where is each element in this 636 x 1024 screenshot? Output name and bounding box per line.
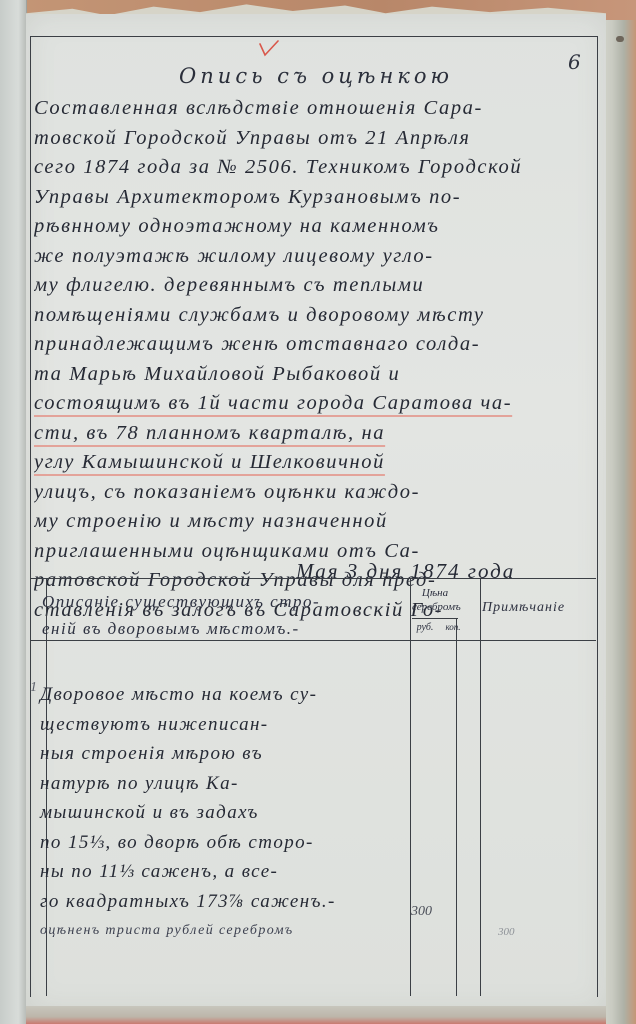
header-description-line: еній въ дворовымъ мѣстомъ.- [42, 615, 412, 642]
rub-kop-rule [456, 618, 457, 996]
price-column-rule [480, 578, 481, 996]
page-number: 6 [568, 50, 581, 74]
description-line: ны по 11⅓ саженъ, а все- [40, 857, 410, 887]
description-line: мышинской и въ задахъ [40, 798, 410, 828]
body-line: рѣвнному одноэтажному на каменномъ [34, 212, 592, 242]
row-note: 300 [498, 926, 515, 938]
body-line: Составленная вслѣдствіе отношенія Сара- [34, 94, 592, 124]
table-top-rule [30, 578, 596, 579]
row-value-rub: 300 [411, 904, 432, 920]
body-line-underlined: углу Камышинской и Шелковичной [34, 448, 592, 478]
description-line: ществуютъ нижеписан- [40, 710, 410, 740]
page-bottom-edge [26, 1006, 606, 1024]
header-description-line: Описаніе существующихъ стро- [42, 588, 412, 615]
price-subheader-rule [412, 618, 458, 619]
body-line: му строенію и мѣсту назначенной [34, 507, 592, 537]
document-title: Опись съ оцѣнкою [146, 64, 486, 88]
description-line: Дворовое мѣсто на коемъ су- [40, 680, 410, 710]
header-price-line: Цѣна [412, 586, 458, 600]
header-rub: руб. [412, 622, 438, 633]
description-line: го квадратныхъ 173⅞ саженъ.- [40, 887, 410, 917]
description-line: по 15⅓, во дворѣ обѣ сторо- [40, 828, 410, 858]
body-line: помѣщеніями службамъ и дворовому мѣсту [34, 301, 592, 331]
body-line: сего 1874 года за № 2506. Техникомъ Горо… [34, 153, 592, 183]
description-line: ныя строенія мѣрою въ [40, 739, 410, 769]
body-line: му флигелю. деревяннымъ съ теплыми [34, 271, 592, 301]
valuation-table: Описаніе существующихъ стро- еній въ дво… [30, 578, 596, 996]
body-line-owner-name: та Марьѣ Михайловой Рыбаковой и [34, 360, 592, 390]
red-check-mark-icon [258, 40, 280, 58]
body-line-underlined: сти, въ 78 планномъ кварталѣ, на [34, 419, 592, 449]
body-line: же полуэтажѣ жилому лицевому угло- [34, 242, 592, 272]
description-valuation-line: оцѣненъ триста рублей серебромъ [40, 916, 410, 946]
document-body: Составленная вслѣдствіе отношенія Сара- … [34, 94, 592, 625]
body-line: улицъ, съ показаніемъ оцѣнки каждо- [34, 478, 592, 508]
binding-pin [616, 36, 624, 42]
header-notes: Примѣчаніе [482, 600, 600, 616]
table-row-description: Дворовое мѣсто на коемъ су- ществуютъ ни… [40, 680, 410, 946]
document-page: 6 Опись съ оцѣнкою Составленная вслѣдств… [26, 14, 606, 1012]
body-line: товской Городской Управы отъ 21 Апрѣля [34, 124, 592, 154]
body-line: принадлежащимъ женѣ отставнаго солда- [34, 330, 592, 360]
header-kop: коп. [442, 622, 464, 632]
header-price-line: серебромъ [412, 600, 458, 614]
body-line: Управы Архитекторомъ Курзановымъ по- [34, 183, 592, 213]
header-description: Описаніе существующихъ стро- еній въ дво… [42, 588, 412, 642]
body-line-underlined: состоящимъ въ 1й части города Саратова ч… [34, 389, 592, 419]
description-line: натурѣ по улицѣ Ка- [40, 769, 410, 799]
previous-page-edge [0, 0, 27, 1024]
row-number: 1 [30, 680, 37, 696]
header-price: Цѣна серебромъ [412, 586, 458, 614]
